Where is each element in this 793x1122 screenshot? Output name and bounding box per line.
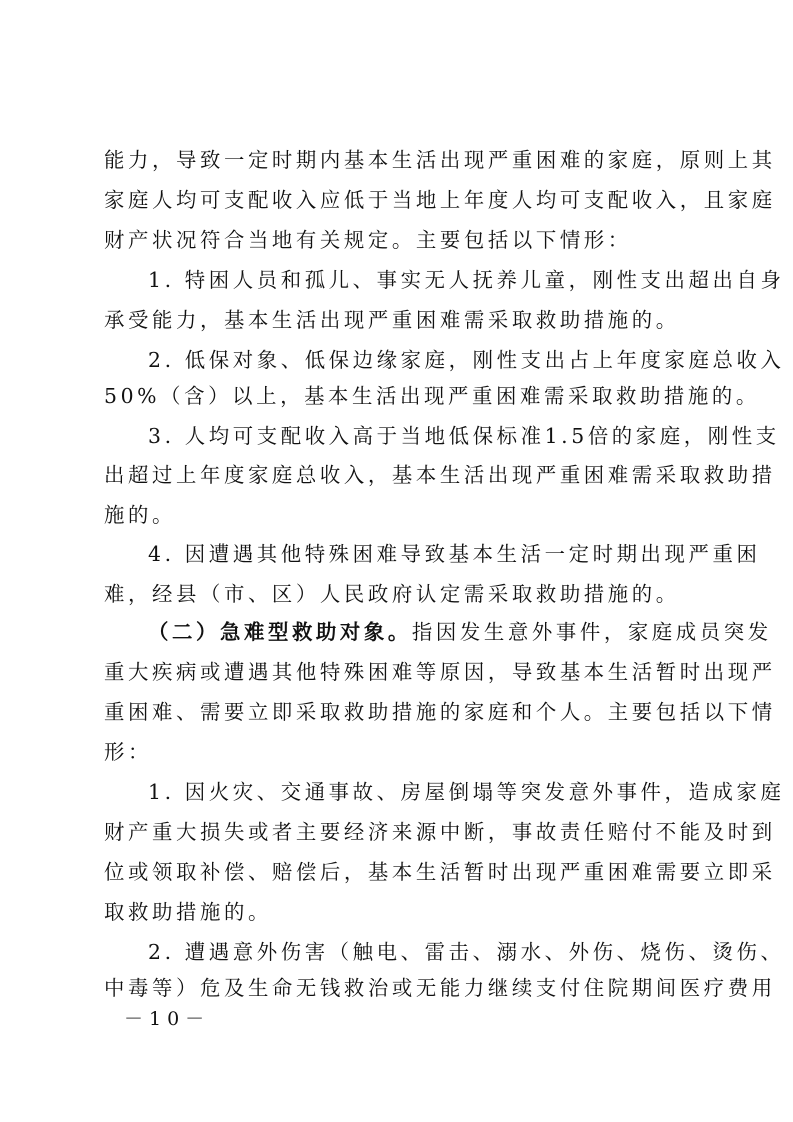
list-item-3: 3. 人均可支配收入高于当地低保标准1.5倍的家庭，刚性支 xyxy=(148,418,694,454)
text-line: 财产重大损失或者主要经济来源中断，事故责任赔付不能及时到 xyxy=(104,814,694,850)
list-item-1: 1. 特困人员和孤儿、事实无人抚养儿童，刚性支出超出自身 xyxy=(148,262,694,298)
text-line: 财产状况符合当地有关规定。主要包括以下情形： xyxy=(104,222,694,258)
text-line: 位或领取补偿、赔偿后，基本生活暂时出现严重困难需要立即采 xyxy=(104,854,694,890)
text-line: 中毒等）危及生命无钱救治或无能力继续支付住院期间医疗费用 xyxy=(104,970,694,1006)
list-item-1b: 1. 因火灾、交通事故、房屋倒塌等突发意外事件，造成家庭 xyxy=(148,774,694,810)
text-line: 50%（含）以上，基本生活出现严重困难需采取救助措施的。 xyxy=(104,378,694,414)
text-line: 出超过上年度家庭总收入，基本生活出现严重困难需采取救助措 xyxy=(104,457,694,493)
list-item-2b: 2. 遭遇意外伤害（触电、雷击、溺水、外伤、烧伤、烫伤、 xyxy=(148,934,694,970)
text-line: 形： xyxy=(104,734,694,770)
text-line: 家庭人均可支配收入应低于当地上年度人均可支配收入，且家庭 xyxy=(104,182,694,218)
text-line: 难，经县（市、区）人民政府认定需采取救助措施的。 xyxy=(104,576,694,612)
section-heading-line: （二）急难型救助对象。指因发生意外事件，家庭成员突发 xyxy=(148,614,694,650)
text-line: 重困难、需要立即采取救助措施的家庭和个人。主要包括以下情 xyxy=(104,694,694,730)
document-page: 能力，导致一定时期内基本生活出现严重困难的家庭，原则上其 家庭人均可支配收入应低… xyxy=(0,0,793,1122)
section-heading-text: 指因发生意外事件，家庭成员突发 xyxy=(412,620,772,644)
list-item-4: 4. 因遭遇其他特殊困难导致基本生活一定时期出现严重困 xyxy=(148,536,694,572)
text-line: 取救助措施的。 xyxy=(104,894,694,930)
section-heading: （二）急难型救助对象。 xyxy=(148,620,412,644)
text-line: 能力，导致一定时期内基本生活出现严重困难的家庭，原则上其 xyxy=(104,142,694,178)
text-line: 重大疾病或遭遇其他特殊困难等原因，导致基本生活暂时出现严 xyxy=(104,654,694,690)
text-line: 施的。 xyxy=(104,497,694,533)
list-item-2: 2. 低保对象、低保边缘家庭，刚性支出占上年度家庭总收入 xyxy=(148,342,694,378)
text-line: 承受能力，基本生活出现严重困难需采取救助措施的。 xyxy=(104,302,694,338)
page-number: －10－ xyxy=(124,1004,210,1031)
